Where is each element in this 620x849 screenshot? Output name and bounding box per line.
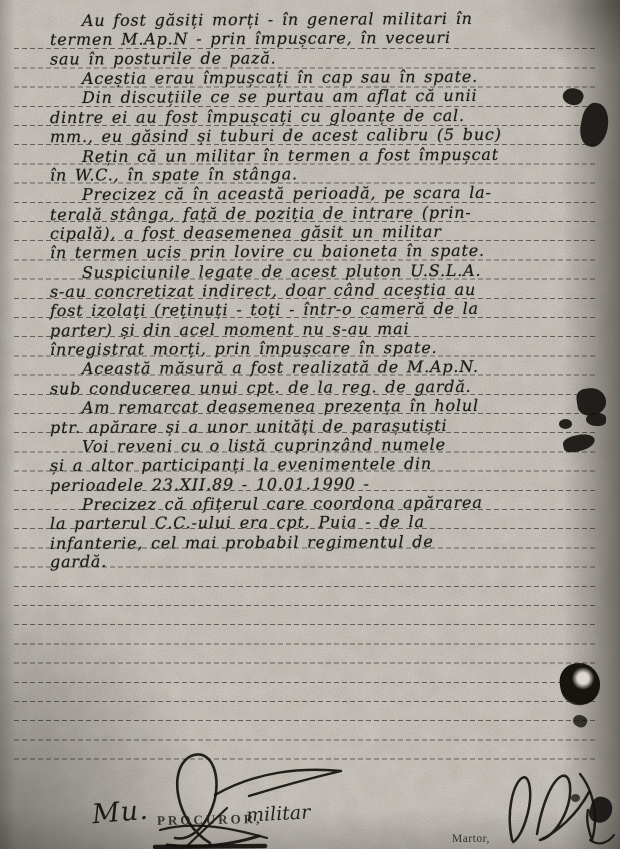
handwritten-line: Precizez că în această perioadă, pe scar… bbox=[50, 183, 492, 205]
punch-hole bbox=[557, 660, 604, 708]
handwritten-line: în termen ucis prin lovire cu baioneta î… bbox=[50, 241, 485, 263]
witness-label: Martor, bbox=[452, 833, 490, 845]
handwritten-line: gardă. bbox=[50, 552, 107, 572]
ink-blot bbox=[575, 386, 607, 417]
handwritten-line: sau în posturile de pază. bbox=[50, 48, 277, 69]
handwritten-line: mm., eu găsind și tuburi de acest calibr… bbox=[50, 125, 502, 147]
handwritten-line: termen M.Ap.N - prin împușcare, în veceu… bbox=[50, 28, 451, 50]
handwritten-line: în W.C., în spate în stânga. bbox=[50, 164, 298, 185]
handwritten-line: Am remarcat deasemenea prezența în holul bbox=[50, 396, 479, 418]
handwritten-line: fost izolați (reținuți - toți - într-o c… bbox=[50, 299, 479, 321]
handwritten-initials: Mu. bbox=[91, 795, 150, 831]
ink-blot bbox=[571, 712, 589, 729]
handwritten-line: perioadele 23.XII.89 - 10.01.1990 - bbox=[50, 474, 370, 496]
handwritten-line: parter) și din acel moment nu s-au mai bbox=[50, 319, 409, 341]
ink-blot bbox=[571, 794, 580, 802]
scan-shadow-left-edge bbox=[0, 0, 16, 849]
handwritten-line: la parterul C.C.-ului era cpt. Puia - de… bbox=[50, 512, 425, 534]
ink-blot bbox=[586, 413, 606, 426]
ink-blot bbox=[587, 794, 616, 826]
handwritten-line: infanterie, cel mai probabil regimentul … bbox=[50, 532, 434, 554]
handwritten-line: Rețin că un militar în termen a fost împ… bbox=[50, 144, 499, 166]
handwritten-text: Au fost găsiți morți - în general milita… bbox=[50, 0, 595, 600]
ink-blot bbox=[559, 419, 572, 429]
prosecutor-signature bbox=[115, 750, 355, 849]
stamp-handwritten-suffix: militar bbox=[245, 801, 310, 826]
handwritten-line: și a altor participanți la evenimentele … bbox=[50, 454, 432, 476]
scanned-page: Au fost găsiți morți - în general milita… bbox=[0, 0, 620, 849]
